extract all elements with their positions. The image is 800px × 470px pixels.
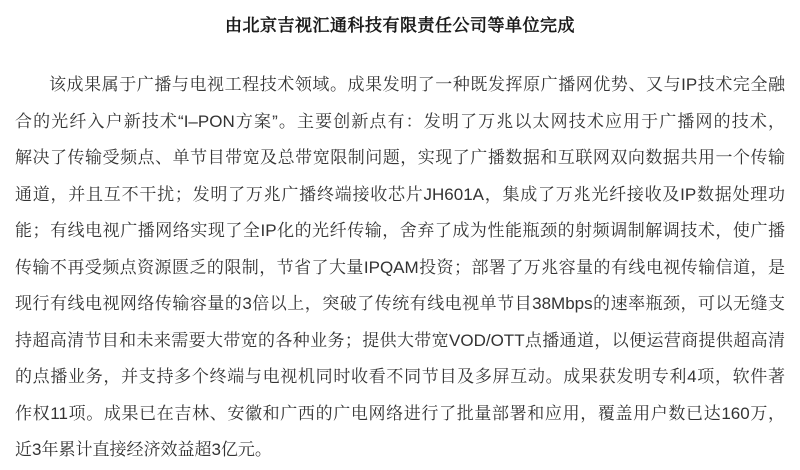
- paragraph-line: 能；有线电视广播网络实现了全IP化的光纤传输，舍弃了成为性能瓶颈的射频调制解调技…: [15, 213, 785, 250]
- paragraph-line: 作权11项。成果已在吉林、安徽和广西的广电网络进行了批量部署和应用，覆盖用户数已…: [15, 396, 785, 433]
- paragraph-line: 合的光纤入户新技术“I–PON方案”。主要创新点有：发明了万兆以太网技术应用于广…: [15, 104, 785, 141]
- document-title: 由北京吉视汇通科技有限责任公司等单位完成: [0, 13, 800, 39]
- paragraph-line: 传输不再受频点资源匮乏的限制，节省了大量IPQAM投资；部署了万兆容量的有线电视…: [15, 250, 785, 287]
- paragraph-line: 解决了传输受频点、单节目带宽及总带宽限制问题，实现了广播数据和互联网双向数据共用…: [15, 140, 785, 177]
- paragraph-line: 近3年累计直接经济效益超3亿元。: [15, 432, 785, 469]
- paragraph-line: 现行有线电视网络传输容量的3倍以上，突破了传统有线电视单节目38Mbps的速率瓶…: [15, 286, 785, 323]
- paragraph-line: 该成果属于广播与电视工程技术领域。成果发明了一种既发挥原广播网优势、又与IP技术…: [15, 67, 785, 104]
- article-body: 该成果属于广播与电视工程技术领域。成果发明了一种既发挥原广播网优势、又与IP技术…: [0, 67, 800, 469]
- paragraph-line: 通道，并且互不干扰；发明了万兆广播终端接收芯片JH601A，集成了万兆光纤接收及…: [15, 177, 785, 214]
- paragraph-line: 持超高清节目和未来需要大带宽的各种业务；提供大带宽VOD/OTT点播通道，以便运…: [15, 323, 785, 360]
- paragraph-line: 的点播业务，并支持多个终端与电视机同时收看不同节目及多屏互动。成果获发明专利4项…: [15, 359, 785, 396]
